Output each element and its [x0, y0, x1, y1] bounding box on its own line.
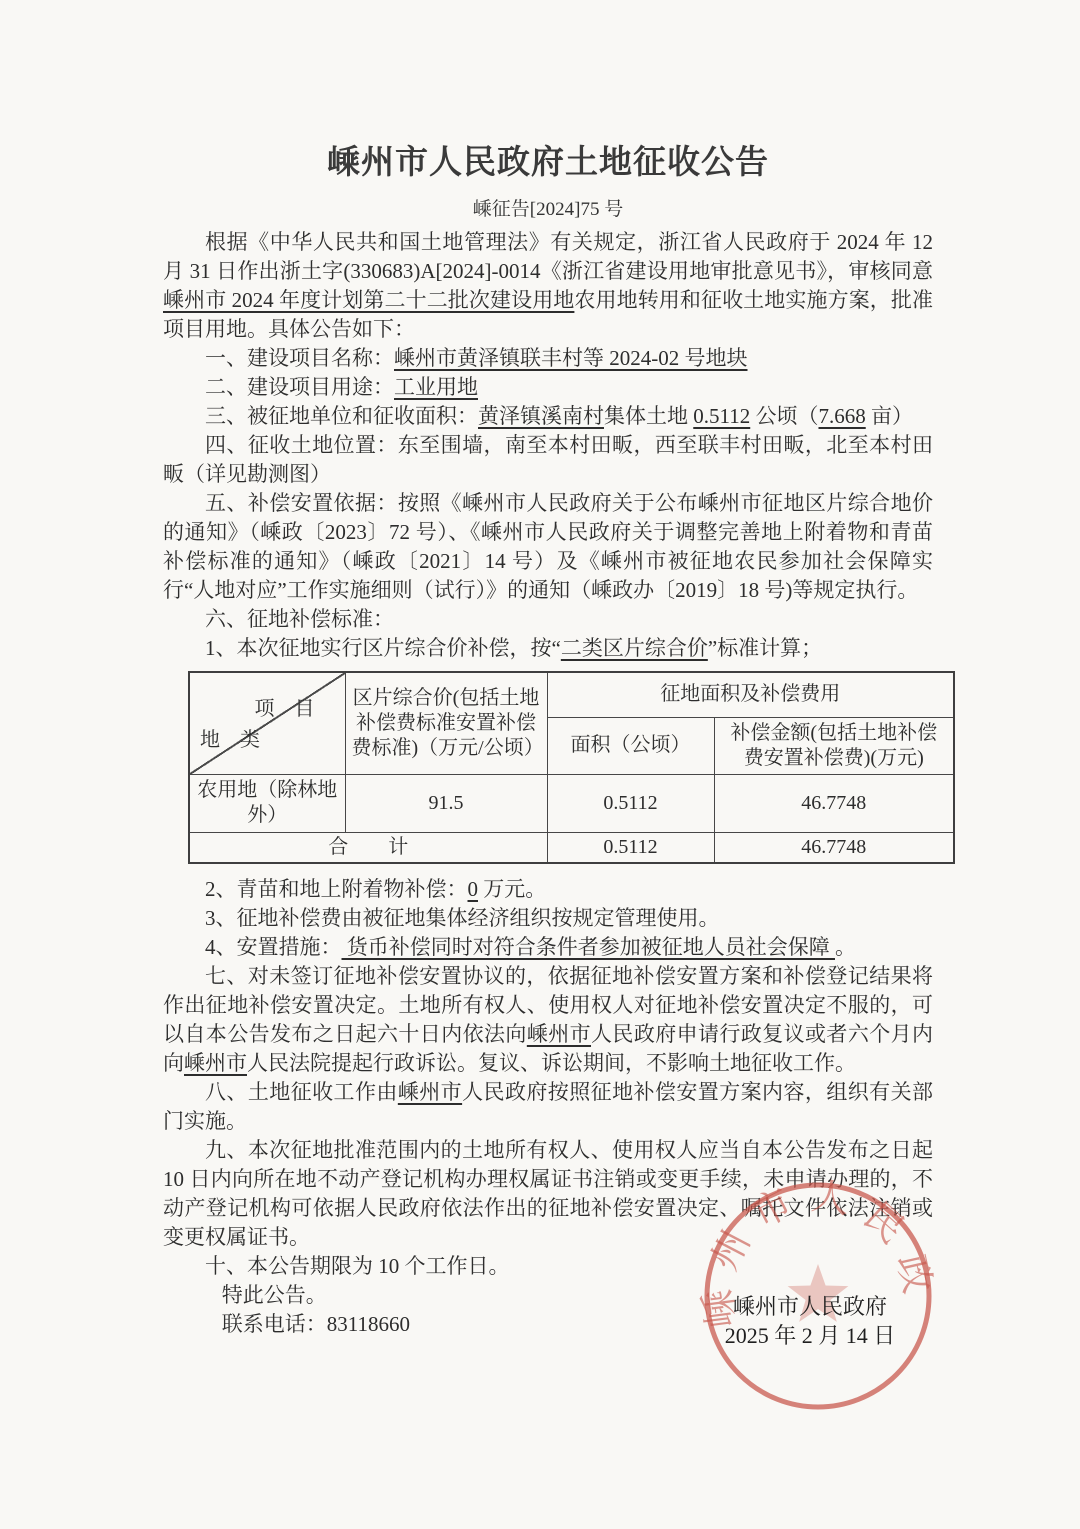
corner-label-project: 项 目: [255, 697, 315, 722]
page-title: 嵊州市人民政府土地征收公告: [163, 142, 933, 182]
item-6-3-fee-management: 3、征地补偿费由被征地集体经济组织按规定管理使用。: [163, 904, 933, 933]
text-segment: 集体土地: [604, 404, 693, 428]
text-segment: 万元。: [478, 877, 546, 901]
col-header-zone-price: 区片综合价(包括土地补偿费标准安置补偿费标准)（万元/公顷）: [345, 672, 547, 774]
col-header-area: 面积（公顷）: [547, 717, 714, 774]
underlined-city-1: 嵊州市: [527, 1022, 591, 1046]
text-segment: 1、本次征地实行区片综合价补偿，按“: [205, 636, 561, 660]
text-segment: 。: [835, 935, 856, 959]
table-header-row: 项 目 地 类 区片综合价(包括土地补偿费标准安置补偿费标准)（万元/公顷） 征…: [189, 672, 954, 717]
document-page: 嵊州市人民政府土地征收公告 嵊征告[2024]75 号 根据《中华人民共和国土地…: [0, 0, 1080, 1529]
item-7-dispute-procedure: 七、对未签订征地补偿安置协议的，依据征地补偿安置方案和补偿登记结果将作出征地补偿…: [163, 962, 933, 1078]
cell-total-label: 合 计: [189, 832, 547, 863]
doc-number: 嵊征告[2024]75 号: [163, 198, 933, 222]
table-row: 农用地（除林地外） 91.5 0.5112 46.7748: [189, 774, 954, 832]
cell-area: 0.5112: [547, 774, 714, 832]
text-segment: 4、安置措施：: [205, 935, 342, 959]
item-6-1-zone-price: 1、本次征地实行区片综合价补偿，按“二类区片综合价”标准计算；: [163, 634, 933, 663]
underlined-zone-class: 二类区片综合价: [561, 636, 708, 660]
text-segment: 八、土地征收工作由: [205, 1080, 398, 1104]
item-3-unit-and-area: 三、被征地单位和征收面积：黄泽镇溪南村集体土地 0.5112 公顷（7.668 …: [163, 402, 933, 431]
item-6-4-resettlement: 4、安置措施： 货币补偿同时对符合条件者参加被征地人员社会保障 。: [163, 933, 933, 962]
cell-price: 91.5: [345, 774, 547, 832]
underlined-resettlement-measure: 货币补偿同时对符合条件者参加被征地人员社会保障: [342, 935, 836, 959]
underlined-city-2: 嵊州市: [184, 1051, 247, 1075]
compensation-table: 项 目 地 类 区片综合价(包括土地补偿费标准安置补偿费标准)（万元/公顷） 征…: [188, 671, 955, 864]
col-group-header-area-fees: 征地面积及补偿费用: [547, 672, 954, 717]
underlined-seedling-amount: 0: [468, 877, 479, 901]
item-5-compensation-basis: 五、补偿安置依据：按照《嵊州市人民政府关于公布嵊州市征地区片综合地价的通知》（嵊…: [163, 489, 933, 605]
signature-org: 嵊州市人民政府: [700, 1292, 920, 1321]
signature-date: 2025 年 2 月 14 日: [700, 1321, 920, 1350]
cell-land-type: 农用地（除林地外）: [189, 774, 345, 832]
underlined-city-3: 嵊州市: [398, 1080, 462, 1104]
item-6-standard-heading: 六、征地补偿标准：: [163, 605, 933, 634]
table-corner-cell: 项 目 地 类: [189, 672, 345, 774]
item-4-location: 四、征收土地位置：东至围墙，南至本村田畈，西至联丰村田畈，北至本村田畈（详见勘测…: [163, 431, 933, 489]
text-segment: 一、建设项目名称：: [205, 346, 394, 370]
cell-total-amount: 46.7748: [714, 832, 954, 863]
signature-block: 嵊州市人民政府 2025 年 2 月 14 日: [700, 1292, 920, 1350]
item-1-project-name: 一、建设项目名称：嵊州市黄泽镇联丰村等 2024-02 号地块: [163, 344, 933, 373]
text-segment: 根据《中华人民共和国土地管理法》有关规定，浙江省人民政府于 2024 年 12 …: [163, 230, 933, 283]
table-total-row: 合 计 0.5112 46.7748: [189, 832, 954, 863]
underlined-village: 黄泽镇溪南村: [478, 404, 604, 428]
underlined-mu: 7.668: [818, 404, 865, 428]
cell-total-area: 0.5112: [547, 832, 714, 863]
underlined-batch-name: 嵊州市 2024 年度计划第二十二批次建设用地: [163, 288, 574, 312]
item-2-project-use: 二、建设项目用途：工业用地: [163, 373, 933, 402]
item-6-2-seedling-compensation: 2、青苗和地上附着物补偿：0 万元。: [163, 875, 933, 904]
text-segment: 亩）: [866, 404, 913, 428]
document-content: 嵊州市人民政府土地征收公告 嵊征告[2024]75 号 根据《中华人民共和国土地…: [163, 0, 933, 1339]
paragraph-intro: 根据《中华人民共和国土地管理法》有关规定，浙江省人民政府于 2024 年 12 …: [163, 228, 933, 344]
underlined-hectares: 0.5112: [693, 404, 750, 428]
underlined-land-use: 工业用地: [394, 375, 478, 399]
text-segment: 三、被征地单位和征收面积：: [205, 404, 478, 428]
col-header-amount: 补偿金额(包括土地补偿费安置补偿费)(万元): [714, 717, 954, 774]
item-8-implementation: 八、土地征收工作由嵊州市人民政府按照征地补偿安置方案内容，组织有关部门实施。: [163, 1078, 933, 1136]
corner-label-land-type: 地 类: [200, 728, 260, 753]
underlined-project-name: 嵊州市黄泽镇联丰村等 2024-02 号地块: [394, 346, 748, 370]
text-segment: 人民法院提起行政诉讼。复议、诉讼期间，不影响土地征收工作。: [247, 1051, 856, 1075]
text-segment: 公顷（: [750, 404, 818, 428]
text-segment: 2、青苗和地上附着物补偿：: [205, 877, 468, 901]
text-segment: 二、建设项目用途：: [205, 375, 394, 399]
text-segment: ”标准计算；: [708, 636, 822, 660]
cell-amount: 46.7748: [714, 774, 954, 832]
